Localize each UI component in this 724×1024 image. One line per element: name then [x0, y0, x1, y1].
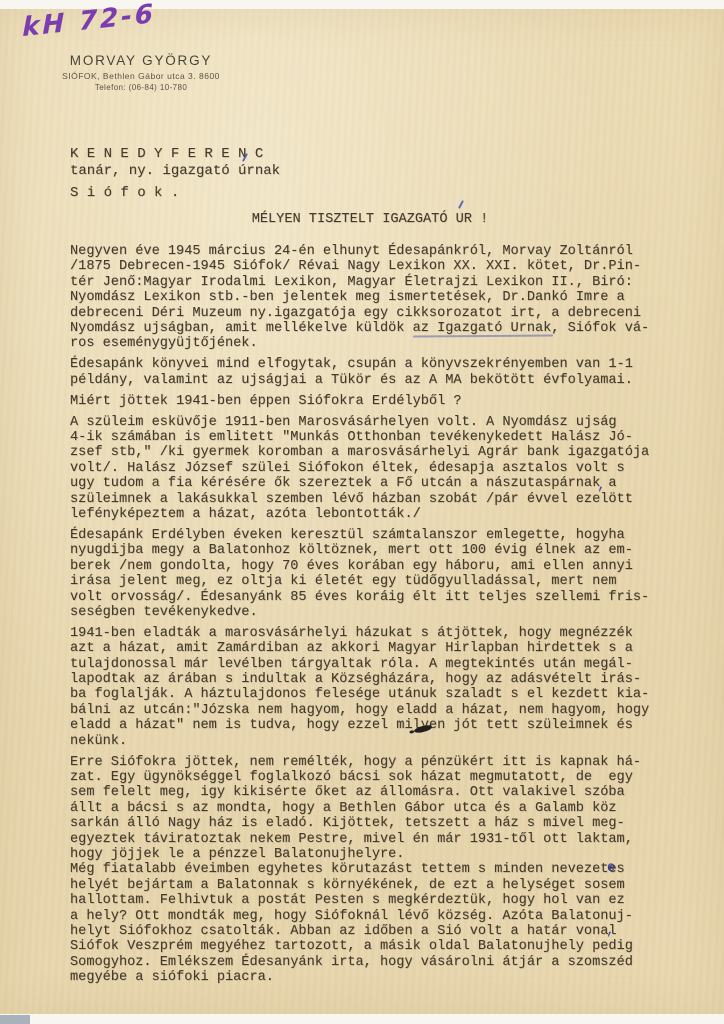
letterhead-address: SIÓFOK, Bethlen Gábor utca 3. 8600 — [56, 71, 226, 81]
handwritten-comma: , — [606, 922, 615, 939]
letter-body: Negyven éve 1945 március 24-én elhunyt É… — [70, 244, 676, 991]
handwritten-comma: , — [597, 477, 606, 494]
paragraph: Még fiatalabb éveimben egyhetes körutazá… — [70, 862, 676, 985]
letterhead-phone: Telefon: (06-84) 10-780 — [56, 83, 226, 92]
letterhead-name: MORVAY GYÖRGY — [56, 53, 226, 68]
scan-corner-artifact — [0, 1015, 30, 1024]
salutation-line: MÉLYEN TISZTELT IGAZGATÓ UR ! — [70, 212, 670, 227]
paragraph: Negyven éve 1945 március 24-én elhunyt É… — [70, 244, 676, 352]
paragraph: Édesapánk könyvei mind elfogytak, csupán… — [70, 357, 676, 388]
paragraph: Erre Siófokra jöttek, nem remélték, hogy… — [70, 755, 676, 863]
paragraph: Miért jöttek 1941-ben éppen Siófokra Erd… — [70, 394, 676, 409]
recipient-name: K E N E D Y F E R E N C — [70, 146, 280, 163]
recipient-block: K E N E D Y F E R E N C tanár, ny. igazg… — [70, 146, 280, 202]
handwritten-letter-correction: e — [607, 861, 615, 876]
scanned-letter-page: { "annotation": { "stamp": "kH 72-6" }, … — [0, 0, 724, 1024]
paragraph: 1941-ben eladták a marosvásárhelyi házuk… — [70, 626, 676, 749]
recipient-city: S i ó f o k . — [70, 185, 280, 202]
letterhead: MORVAY GYÖRGY SIÓFOK, Bethlen Gábor utca… — [56, 53, 226, 92]
paragraph: Édesapánk Erdélyben éveken keresztül szá… — [70, 528, 676, 620]
recipient-title: tanár, ny. igazgató úrnak — [70, 163, 280, 180]
paragraph: A szüleim esküvője 1911-ben Marosvásárhe… — [70, 415, 676, 523]
